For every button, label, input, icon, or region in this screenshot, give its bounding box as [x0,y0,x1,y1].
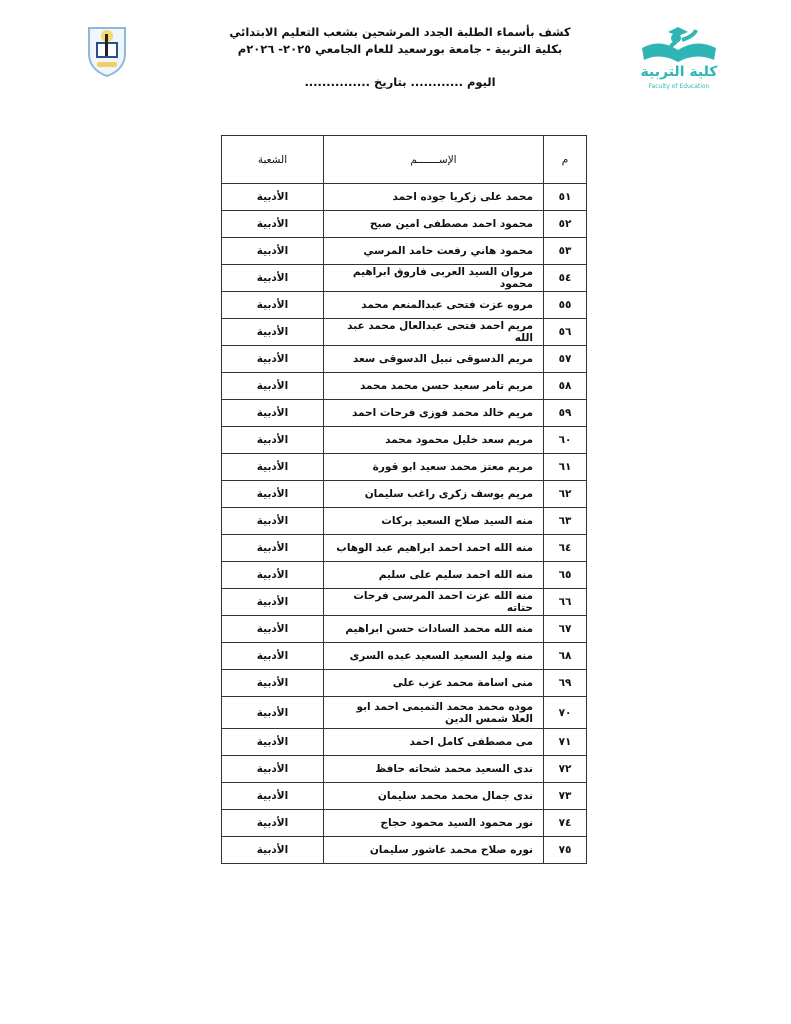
table-row: ٦٤منه الله احمد احمد ابراهيم عبد الوهابا… [222,535,587,562]
header-branch: الشعبة [222,136,324,184]
student-branch: الأدبية [222,562,324,589]
student-branch: الأدبية [222,697,324,729]
table-row: ٧٢ندى السعيد محمد شحاته حافظالأدبية [222,756,587,783]
row-number: ٦٩ [544,670,587,697]
row-number: ٦١ [544,454,587,481]
title-line-1: كشف بأسماء الطلبة الجدد المرشحين بشعب ال… [200,24,600,41]
row-number: ٧١ [544,729,587,756]
student-name: مريم معتز محمد سعيد ابو قورة [324,454,544,481]
table-row: ٥٩مريم خالد محمد فوزى فرحات احمدالأدبية [222,400,587,427]
header-name: الإســـــــم [324,136,544,184]
student-branch: الأدبية [222,535,324,562]
student-name: نور محمود السيد محمود حجاج [324,810,544,837]
header-number: م [544,136,587,184]
student-name: منه السيد صلاح السعيد بركات [324,508,544,535]
student-name: منه الله محمد السادات حسن ابراهيم [324,616,544,643]
row-number: ٧٠ [544,697,587,729]
table-row: ٥٥مروه عزت فتحى عبدالمنعم محمدالأدبية [222,292,587,319]
student-name: نوره صلاح محمد عاشور سليمان [324,837,544,864]
row-number: ٥٩ [544,400,587,427]
table-row: ٥٧مريم الدسوقى نبيل الدسوقى سعدالأدبية [222,346,587,373]
table-row: ٥٤مروان السيد العربى فاروق ابراهيم محمود… [222,265,587,292]
table-row: ٦٨منه وليد السعيد السعيد عبده السرىالأدب… [222,643,587,670]
student-name: مى مصطفى كامل احمد [324,729,544,756]
row-number: ٧٢ [544,756,587,783]
table-row: ٦٠مريم سعد خليل محمود محمدالأدبية [222,427,587,454]
row-number: ٥٣ [544,238,587,265]
student-branch: الأدبية [222,783,324,810]
student-branch: الأدبية [222,427,324,454]
row-number: ٦٣ [544,508,587,535]
row-number: ٦٠ [544,427,587,454]
student-branch: الأدبية [222,837,324,864]
table-row: ٧٤نور محمود السيد محمود حجاجالأدبية [222,810,587,837]
table-row: ٧٣ندى جمال محمد محمد سليمانالأدبية [222,783,587,810]
student-name: محمد على زكريا جوده احمد [324,184,544,211]
student-branch: الأدبية [222,454,324,481]
student-branch: الأدبية [222,508,324,535]
student-branch: الأدبية [222,373,324,400]
faculty-logo-arabic-text: كلية التربية [636,64,722,80]
row-number: ٦٢ [544,481,587,508]
title-line-2: بكلية التربية - جامعة بورسعيد للعام الجا… [200,41,600,58]
row-number: ٧٣ [544,783,587,810]
student-branch: الأدبية [222,643,324,670]
student-branch: الأدبية [222,810,324,837]
table-row: ٦٥منه الله احمد سليم على سليمالأدبية [222,562,587,589]
student-name: ندى جمال محمد محمد سليمان [324,783,544,810]
student-name: مريم احمد فتحى عبدالعال محمد عبد الله [324,319,544,346]
student-branch: الأدبية [222,481,324,508]
row-number: ٧٤ [544,810,587,837]
student-name: مريم تامر سعيد حسن محمد محمد [324,373,544,400]
student-name: منه الله عزت احمد المرسى فرحات حتاته [324,589,544,616]
table-row: ٥٦مريم احمد فتحى عبدالعال محمد عبد اللها… [222,319,587,346]
row-number: ٦٤ [544,535,587,562]
table-row: ٦٧منه الله محمد السادات حسن ابراهيمالأدب… [222,616,587,643]
table-row: ٦٣منه السيد صلاح السعيد بركاتالأدبية [222,508,587,535]
table-row: ٦١مريم معتز محمد سعيد ابو قورةالأدبية [222,454,587,481]
table-row: ٧٠موده محمد محمد التميمى احمد ابو العلا … [222,697,587,729]
table-row: ٥٢محمود احمد مصطفى امين صبحالأدبية [222,211,587,238]
open-book-graduate-icon [636,26,722,66]
faculty-of-education-logo: كلية التربية Faculty of Education [636,26,722,92]
document-title: كشف بأسماء الطلبة الجدد المرشحين بشعب ال… [200,24,600,58]
student-branch: الأدبية [222,292,324,319]
row-number: ٥٧ [544,346,587,373]
student-roster-table: م الإســـــــم الشعبة ٥١محمد على زكريا ج… [221,135,587,864]
student-name: ندى السعيد محمد شحاته حافظ [324,756,544,783]
student-branch: الأدبية [222,184,324,211]
student-name: منى اسامة محمد عزب على [324,670,544,697]
student-branch: الأدبية [222,211,324,238]
row-number: ٥٤ [544,265,587,292]
student-name: منه الله احمد احمد ابراهيم عبد الوهاب [324,535,544,562]
student-name: منه الله احمد سليم على سليم [324,562,544,589]
table-row: ٧١مى مصطفى كامل احمدالأدبية [222,729,587,756]
row-number: ٧٥ [544,837,587,864]
table-row: ٧٥نوره صلاح محمد عاشور سليمانالأدبية [222,837,587,864]
table-row: ٦٩منى اسامة محمد عزب علىالأدبية [222,670,587,697]
row-number: ٥١ [544,184,587,211]
student-name: مريم الدسوقى نبيل الدسوقى سعد [324,346,544,373]
student-branch: الأدبية [222,729,324,756]
student-branch: الأدبية [222,616,324,643]
student-name: مريم خالد محمد فوزى فرحات احمد [324,400,544,427]
student-name: مروه عزت فتحى عبدالمنعم محمد [324,292,544,319]
row-number: ٥٨ [544,373,587,400]
student-branch: الأدبية [222,265,324,292]
table-header-row: م الإســـــــم الشعبة [222,136,587,184]
student-branch: الأدبية [222,346,324,373]
row-number: ٦٥ [544,562,587,589]
row-number: ٦٨ [544,643,587,670]
date-line: اليوم ............ بتاريخ ..............… [200,75,600,89]
row-number: ٦٦ [544,589,587,616]
row-number: ٥٢ [544,211,587,238]
table-row: ٦٢مريم يوسف زكرى راغب سليمانالأدبية [222,481,587,508]
row-number: ٥٦ [544,319,587,346]
table-row: ٥١محمد على زكريا جوده احمدالأدبية [222,184,587,211]
row-number: ٥٥ [544,292,587,319]
student-name: محمود احمد مصطفى امين صبح [324,211,544,238]
student-name: محمود هاني رفعت حامد المرسي [324,238,544,265]
student-branch: الأدبية [222,670,324,697]
student-branch: الأدبية [222,319,324,346]
student-name: مريم يوسف زكرى راغب سليمان [324,481,544,508]
student-branch: الأدبية [222,400,324,427]
student-name: مريم سعد خليل محمود محمد [324,427,544,454]
student-branch: الأدبية [222,756,324,783]
student-branch: الأدبية [222,589,324,616]
student-name: موده محمد محمد التميمى احمد ابو العلا شم… [324,697,544,729]
faculty-logo-english-text: Faculty of Education [636,83,722,90]
shield-icon [86,24,128,78]
university-shield-logo [86,24,128,78]
table-row: ٥٣محمود هاني رفعت حامد المرسيالأدبية [222,238,587,265]
student-branch: الأدبية [222,238,324,265]
table-row: ٥٨مريم تامر سعيد حسن محمد محمدالأدبية [222,373,587,400]
student-name: منه وليد السعيد السعيد عبده السرى [324,643,544,670]
table-row: ٦٦منه الله عزت احمد المرسى فرحات حتاتهال… [222,589,587,616]
student-name: مروان السيد العربى فاروق ابراهيم محمود [324,265,544,292]
row-number: ٦٧ [544,616,587,643]
